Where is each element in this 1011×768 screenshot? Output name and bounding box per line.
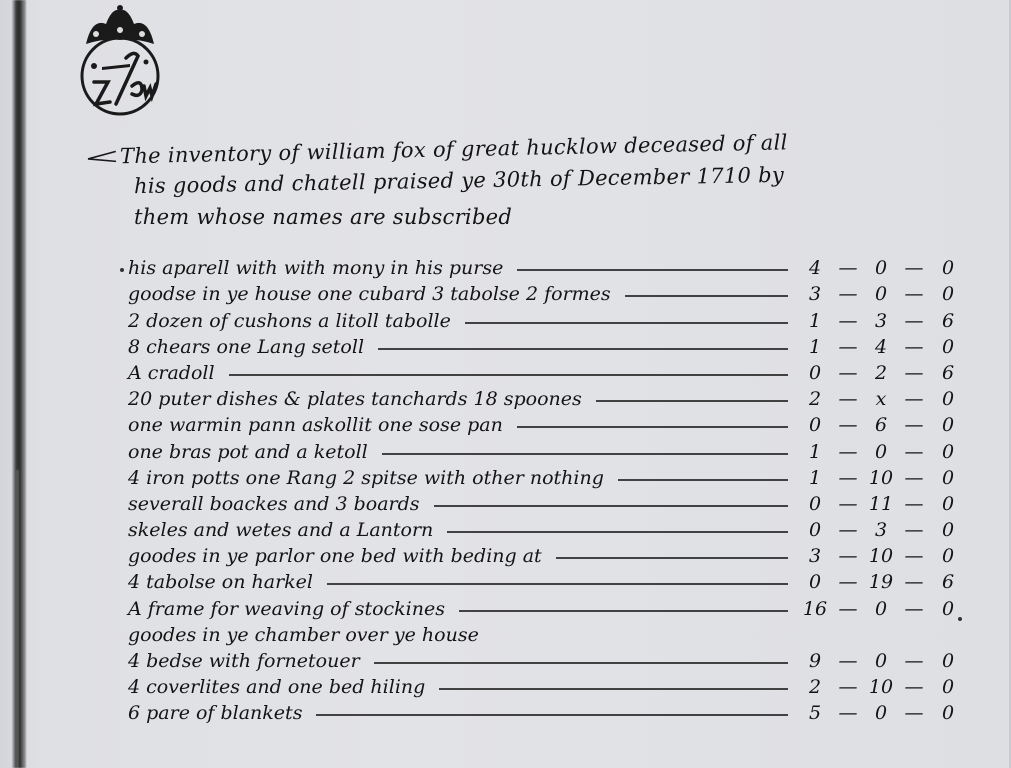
- entry-pounds: 0: [798, 493, 832, 515]
- entry-amount: 100: [798, 441, 968, 465]
- entry-shillings: 19: [864, 571, 898, 593]
- dash: [898, 388, 930, 410]
- entry-shillings: 0: [864, 598, 898, 620]
- entry-description: A cradoll: [128, 362, 215, 386]
- dash: [832, 441, 864, 463]
- entry-pounds: 2: [798, 388, 832, 410]
- dash: [898, 467, 930, 489]
- entry-shillings: 3: [864, 519, 898, 541]
- inventory-entry: 4 bedse with fornetouer 900: [128, 648, 968, 674]
- entry-pence: 0: [930, 676, 966, 698]
- crown-stamp: [72, 4, 168, 120]
- inventory-entry: 6 pare of blankets 500: [128, 700, 968, 726]
- entry-shillings: 10: [864, 676, 898, 698]
- entry-description: goodes in ye chamber over ye house: [128, 624, 479, 648]
- dash: [898, 702, 930, 724]
- leader-line: [465, 322, 788, 324]
- leader-line: [625, 295, 788, 297]
- leader-line: [596, 400, 788, 402]
- ink-speck: [958, 617, 962, 621]
- entry-amount: 026: [798, 362, 968, 386]
- dash: [898, 257, 930, 279]
- inventory-entry: one bras pot and a ketoll 100: [128, 438, 968, 464]
- entry-pence: 0: [930, 702, 966, 724]
- entry-amount: 500: [798, 702, 968, 726]
- leader-line: [382, 453, 788, 455]
- dash: [898, 676, 930, 698]
- binding-edge: [12, 0, 26, 768]
- dash: [832, 336, 864, 358]
- entry-description: goodes in ye parlor one bed with beding …: [128, 545, 542, 569]
- entry-shillings: 4: [864, 336, 898, 358]
- dash: [832, 571, 864, 593]
- entry-description: 4 bedse with fornetouer: [128, 650, 360, 674]
- entry-description: severall boackes and 3 boards: [128, 493, 420, 517]
- entry-pounds: 1: [798, 310, 832, 332]
- dash: [832, 702, 864, 724]
- inventory-entries: his aparell with with mony in his purse …: [128, 255, 968, 726]
- leader-line: [439, 688, 788, 690]
- entry-pounds: 16: [798, 598, 832, 620]
- dash: [898, 571, 930, 593]
- entry-pence: 6: [930, 310, 966, 332]
- entry-description: one warmin pann askollit one sose pan: [128, 414, 503, 438]
- dash: [832, 650, 864, 672]
- inventory-entry: goodse in ye house one cubard 3 tabolse …: [128, 281, 968, 307]
- dash: [832, 493, 864, 515]
- entry-shillings: 0: [864, 650, 898, 672]
- dash: [898, 283, 930, 305]
- leader-line: [316, 714, 788, 716]
- dash: [832, 310, 864, 332]
- entry-shillings: 0: [864, 257, 898, 279]
- entry-pence: 0: [930, 519, 966, 541]
- entry-pounds: 1: [798, 441, 832, 463]
- ink-speck: [120, 268, 124, 272]
- entry-pence: 6: [930, 362, 966, 384]
- dash: [898, 493, 930, 515]
- margin-arrow-icon: [86, 141, 117, 172]
- dash: [898, 650, 930, 672]
- inventory-entry: 8 chears one Lang setoll 140: [128, 334, 968, 360]
- dash: [832, 598, 864, 620]
- dash: [898, 336, 930, 358]
- entry-amount: 900: [798, 650, 968, 674]
- inventory-entry: A cradoll 026: [128, 360, 968, 386]
- inventory-entry: 4 coverlites and one bed hiling 2100: [128, 674, 968, 700]
- entry-shillings: 3: [864, 310, 898, 332]
- entry-pence: 0: [930, 388, 966, 410]
- entry-pence: 0: [930, 336, 966, 358]
- inventory-entry: his aparell with with mony in his purse …: [128, 255, 968, 281]
- leader-line: [447, 531, 788, 533]
- entry-description: one bras pot and a ketoll: [128, 441, 368, 465]
- manuscript-page: The inventory of william fox of great hu…: [0, 0, 1011, 768]
- inventory-entry: severall boackes and 3 boards 0110: [128, 491, 968, 517]
- entry-pounds: 9: [798, 650, 832, 672]
- entry-pence: 0: [930, 467, 966, 489]
- entry-pence: 6: [930, 571, 966, 593]
- leader-line: [556, 557, 788, 559]
- dash: [898, 414, 930, 436]
- entry-shillings: 0: [864, 441, 898, 463]
- entry-amount: 060: [798, 414, 968, 438]
- dash: [898, 310, 930, 332]
- entry-pounds: 2: [798, 676, 832, 698]
- inventory-entry: 20 puter dishes & plates tanchards 18 sp…: [128, 386, 968, 412]
- dash: [832, 283, 864, 305]
- inventory-entry: 4 iron potts one Rang 2 spitse with othe…: [128, 465, 968, 491]
- leader-line: [517, 426, 788, 428]
- entry-shillings: 6: [864, 414, 898, 436]
- entry-amount: 030: [798, 519, 968, 543]
- entry-description: skeles and wetes and a Lantorn: [128, 519, 433, 543]
- entry-pence: 0: [930, 257, 966, 279]
- entry-description: 4 iron potts one Rang 2 spitse with othe…: [128, 467, 604, 491]
- entry-amount: 2100: [798, 676, 968, 700]
- entry-pence: 0: [930, 650, 966, 672]
- entry-shillings: x: [864, 388, 898, 410]
- dash: [832, 414, 864, 436]
- entry-pounds: 0: [798, 414, 832, 436]
- leader-line: [327, 583, 788, 585]
- leader-line: [229, 374, 788, 376]
- entry-description: A frame for weaving of stockines: [128, 598, 445, 622]
- leader-line: [517, 269, 788, 271]
- entry-pounds: 4: [798, 257, 832, 279]
- entry-description: 6 pare of blankets: [128, 702, 302, 726]
- entry-shillings: 0: [864, 283, 898, 305]
- entry-shillings: 10: [864, 545, 898, 567]
- entry-description: 4 tabolse on harkel: [128, 571, 313, 595]
- entry-description: 20 puter dishes & plates tanchards 18 sp…: [128, 388, 582, 412]
- heading-line-3: them whose names are subscribed: [86, 202, 946, 232]
- leader-line: [459, 610, 788, 612]
- entry-description: goodse in ye house one cubard 3 tabolse …: [128, 283, 611, 307]
- dash: [898, 362, 930, 384]
- dash: [832, 519, 864, 541]
- dash: [832, 467, 864, 489]
- entry-amount: 400: [798, 257, 968, 281]
- entry-pounds: 5: [798, 702, 832, 724]
- entry-pounds: 0: [798, 362, 832, 384]
- entry-pounds: 1: [798, 467, 832, 489]
- dash: [898, 519, 930, 541]
- entry-shillings: 10: [864, 467, 898, 489]
- entry-amount: 1100: [798, 467, 968, 491]
- inventory-entry: one warmin pann askollit one sose pan 06…: [128, 412, 968, 438]
- entry-amount: 140: [798, 336, 968, 360]
- dash: [832, 676, 864, 698]
- entry-shillings: 0: [864, 702, 898, 724]
- entry-pence: 0: [930, 441, 966, 463]
- inventory-subheading: goodes in ye chamber over ye house: [128, 622, 968, 648]
- entry-amount: 3100: [798, 545, 968, 569]
- entry-description: 4 coverlites and one bed hiling: [128, 676, 425, 700]
- entry-description: his aparell with with mony in his purse: [128, 257, 503, 281]
- dash: [832, 257, 864, 279]
- inventory-entry: 4 tabolse on harkel 0196: [128, 569, 968, 595]
- dash: [898, 441, 930, 463]
- entry-description: 8 chears one Lang setoll: [128, 336, 364, 360]
- entry-pounds: 1: [798, 336, 832, 358]
- entry-pence: 0: [930, 414, 966, 436]
- entry-pounds: 0: [798, 571, 832, 593]
- entry-amount: 0110: [798, 493, 968, 517]
- inventory-entry: 2 dozen of cushons a litoll tabolle 136: [128, 307, 968, 333]
- entry-shillings: 11: [864, 493, 898, 515]
- inventory-entry: skeles and wetes and a Lantorn 030: [128, 517, 968, 543]
- entry-amount: 1600: [798, 598, 968, 622]
- entry-amount: 0196: [798, 571, 968, 595]
- dash: [832, 388, 864, 410]
- entry-pence: 0: [930, 493, 966, 515]
- entry-amount: 2x0: [798, 388, 968, 412]
- leader-line: [378, 348, 788, 350]
- leader-line: [374, 662, 788, 664]
- entry-shillings: 2: [864, 362, 898, 384]
- crown-stamp-icon: [72, 4, 168, 120]
- dash: [832, 362, 864, 384]
- entry-description: 2 dozen of cushons a litoll tabolle: [128, 310, 451, 334]
- inventory-entry: A frame for weaving of stockines 1600: [128, 595, 968, 621]
- leader-line: [618, 479, 788, 481]
- dash: [898, 545, 930, 567]
- entry-pence: 0: [930, 283, 966, 305]
- entry-pounds: 3: [798, 545, 832, 567]
- inventory-heading: The inventory of william fox of great hu…: [86, 142, 946, 232]
- entry-pounds: 3: [798, 283, 832, 305]
- entry-pounds: 0: [798, 519, 832, 541]
- inventory-entry: goodes in ye parlor one bed with beding …: [128, 543, 968, 569]
- entry-pence: 0: [930, 545, 966, 567]
- dash: [898, 598, 930, 620]
- entry-amount: 136: [798, 310, 968, 334]
- leader-line: [434, 505, 788, 507]
- entry-amount: 300: [798, 283, 968, 307]
- dash: [832, 545, 864, 567]
